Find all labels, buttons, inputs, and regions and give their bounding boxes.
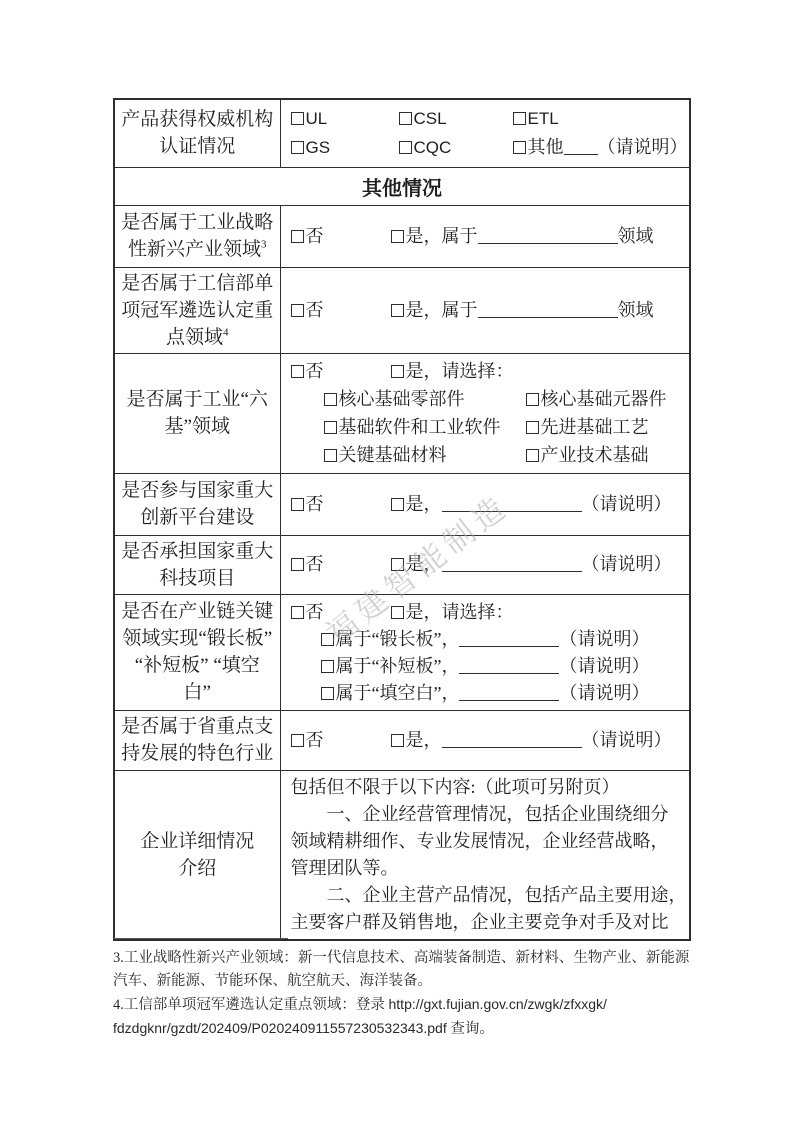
champion-option-yes[interactable]: 是，属于 — [391, 300, 478, 320]
row-certifications: 产品获得权威机构 认证情况 ULCSLETL GSCQC其他（请说明） — [114, 99, 690, 167]
checkbox-icon[interactable] — [324, 393, 337, 406]
checkbox-icon[interactable] — [391, 304, 404, 317]
cert-option-cqc[interactable]: CQC — [399, 133, 513, 162]
checkbox-icon[interactable] — [291, 230, 304, 243]
row-tech: 是否承担国家重大 科技项目 否是，（请说明） — [114, 535, 690, 594]
province-option-no[interactable]: 否 — [291, 727, 391, 754]
chain-option-tiankongbai[interactable]: 属于“填空白”，（请说明） — [321, 680, 686, 707]
strategic-label: 是否属于工业战略 性新兴产业领域3 — [114, 205, 280, 267]
cert-option-gs[interactable]: GS — [291, 133, 399, 162]
cert-option-csl[interactable]: CSL — [399, 104, 513, 133]
fill-in-blank[interactable] — [442, 497, 582, 512]
cert-option-other[interactable]: 其他（请说明） — [513, 137, 688, 157]
chain-answer-cell: 否是，请选择： 属于“锻长板”，（请说明） 属于“补短板”，（请说明） 属于“填… — [280, 594, 690, 710]
tech-label: 是否承担国家重大 科技项目 — [114, 535, 280, 594]
platform-answer-cell: 否是，（请说明） — [280, 473, 690, 535]
detail-label: 企业详细情况 介绍 — [114, 770, 280, 940]
cert-label-line2: 认证情况 — [120, 133, 275, 160]
platform-label: 是否参与国家重大 创新平台建设 — [114, 473, 280, 535]
strategic-option-no[interactable]: 否 — [291, 223, 391, 250]
strategic-option-yes[interactable]: 是，属于 — [391, 226, 478, 246]
checkbox-icon[interactable] — [321, 687, 334, 700]
liuji-label: 是否属于工业“六 基”领域 — [114, 353, 280, 473]
checkbox-icon[interactable] — [391, 734, 404, 747]
detail-content-cell: 包括但不限于以下内容:（此项可另附页） 一、企业经营管理情况，包括企业围绕细分 … — [280, 770, 690, 940]
checkbox-icon[interactable] — [526, 421, 539, 434]
liuji-option-5[interactable]: 产业技术基础 — [526, 441, 686, 469]
footnote-4-line1: 4.工信部单项冠军遴选认定重点领域：登录 http://gxt.fujian.g… — [113, 993, 698, 1017]
row-detail: 企业详细情况 介绍 包括但不限于以下内容:（此项可另附页） 一、企业经营管理情况… — [114, 770, 690, 940]
tech-answer-cell: 否是，（请说明） — [280, 535, 690, 594]
champion-answer-cell: 否是，属于领域 — [280, 267, 690, 353]
champion-label: 是否属于工信部单 项冠军遴选认定重 点领域4 — [114, 267, 280, 353]
chain-label: 是否在产业链关键 领域实现“锻长板” “补短板” “填空 白” — [114, 594, 280, 710]
footnote-4-line2: fdzdgknr/gzdt/202409/P020240911557230532… — [113, 1017, 698, 1041]
checkbox-icon[interactable] — [291, 112, 304, 125]
row-strategic: 是否属于工业战略 性新兴产业领域3 否是，属于领域 — [114, 205, 690, 267]
liuji-option-yes[interactable]: 是，请选择： — [391, 361, 514, 381]
row-section-header: 其他情况 — [114, 167, 690, 205]
form-table: 产品获得权威机构 认证情况 ULCSLETL GSCQC其他（请说明） 其他情况… — [113, 98, 691, 941]
row-liuji: 是否属于工业“六 基”领域 否是，请选择： 核心基础零部件 核心基础元器件 基础… — [114, 353, 690, 473]
checkbox-icon[interactable] — [391, 498, 404, 511]
fill-in-blank[interactable] — [478, 229, 618, 244]
chain-option-yes[interactable]: 是，请选择： — [391, 602, 514, 622]
checkbox-icon[interactable] — [291, 304, 304, 317]
footnote-separator — [113, 938, 288, 939]
liuji-answer-cell: 否是，请选择： 核心基础零部件 核心基础元器件 基础软件和工业软件 先进基础工艺… — [280, 353, 690, 473]
strategic-answer-cell: 否是，属于领域 — [280, 205, 690, 267]
champion-option-no[interactable]: 否 — [291, 297, 391, 324]
checkbox-icon[interactable] — [391, 558, 404, 571]
fill-in-blank[interactable] — [442, 733, 582, 748]
fill-in-blank[interactable] — [564, 140, 598, 155]
checkbox-icon[interactable] — [321, 660, 334, 673]
province-answer-cell: 否是，（请说明） — [280, 710, 690, 770]
checkbox-icon[interactable] — [526, 449, 539, 462]
chain-option-buduanban[interactable]: 属于“补短板”，（请说明） — [321, 653, 686, 680]
checkbox-icon[interactable] — [526, 393, 539, 406]
checkbox-icon[interactable] — [399, 141, 412, 154]
liuji-option-0[interactable]: 核心基础零部件 — [324, 385, 526, 413]
row-champion: 是否属于工信部单 项冠军遴选认定重 点领域4 否是，属于领域 — [114, 267, 690, 353]
row-chain: 是否在产业链关键 领域实现“锻长板” “补短板” “填空 白” 否是，请选择： … — [114, 594, 690, 710]
checkbox-icon[interactable] — [391, 606, 404, 619]
chain-option-duanchangban[interactable]: 属于“锻长板”，（请说明） — [321, 626, 686, 653]
checkbox-icon[interactable] — [291, 734, 304, 747]
liuji-option-4[interactable]: 关键基础材料 — [324, 441, 526, 469]
liuji-option-no[interactable]: 否 — [291, 357, 391, 385]
checkbox-icon[interactable] — [513, 141, 526, 154]
checkbox-icon[interactable] — [291, 606, 304, 619]
tech-option-yes[interactable]: 是， — [391, 554, 442, 574]
checkbox-icon[interactable] — [391, 365, 404, 378]
checkbox-icon[interactable] — [291, 558, 304, 571]
footnote-url-part1[interactable]: http://gxt.fujian.gov.cn/zwgk/zfxxgk/ — [389, 996, 607, 1012]
platform-option-no[interactable]: 否 — [291, 491, 391, 518]
footnote-3-line1: 3.工业战略性新兴产业领域：新一代信息技术、高端装备制造、新材料、生物产业、新能… — [113, 947, 698, 970]
province-label: 是否属于省重点支 持发展的特色行业 — [114, 710, 280, 770]
row-platform: 是否参与国家重大 创新平台建设 否是，（请说明） — [114, 473, 690, 535]
checkbox-icon[interactable] — [291, 498, 304, 511]
tech-option-no[interactable]: 否 — [291, 551, 391, 578]
checkbox-icon[interactable] — [324, 421, 337, 434]
liuji-option-3[interactable]: 先进基础工艺 — [526, 413, 686, 441]
fill-in-blank[interactable] — [459, 659, 559, 674]
checkbox-icon[interactable] — [513, 112, 526, 125]
liuji-options: 核心基础零部件 核心基础元器件 基础软件和工业软件 先进基础工艺 关键基础材料 … — [324, 385, 686, 469]
row-province: 是否属于省重点支 持发展的特色行业 否是，（请说明） — [114, 710, 690, 770]
document-page: 产品获得权威机构 认证情况 ULCSLETL GSCQC其他（请说明） 其他情况… — [0, 0, 800, 1131]
platform-option-yes[interactable]: 是， — [391, 494, 442, 514]
footnotes: 3.工业战略性新兴产业领域：新一代信息技术、高端装备制造、新材料、生物产业、新能… — [113, 938, 698, 1041]
cert-options-cell: ULCSLETL GSCQC其他（请说明） — [280, 99, 690, 167]
cert-option-ul[interactable]: UL — [291, 104, 399, 133]
province-option-yes[interactable]: 是， — [391, 730, 442, 750]
footnote-3-line2: 汽车、新能源、节能环保、航空航天、海洋装备。 — [113, 970, 698, 993]
section-header: 其他情况 — [114, 167, 690, 205]
chain-option-no[interactable]: 否 — [291, 598, 391, 626]
checkbox-icon[interactable] — [291, 141, 304, 154]
footnote-url-part2[interactable]: fdzdgknr/gzdt/202409/P020240911557230532… — [113, 1020, 447, 1036]
detail-intro: 包括但不限于以下内容:（此项可另附页） — [291, 774, 686, 801]
footnote-ref-4: 4 — [223, 326, 229, 338]
footnote-ref-3: 3 — [261, 239, 267, 251]
fill-in-blank[interactable] — [459, 686, 559, 701]
cert-label-line1: 产品获得权威机构 — [120, 106, 275, 133]
fill-in-blank[interactable] — [442, 557, 582, 572]
liuji-option-2[interactable]: 基础软件和工业软件 — [324, 413, 526, 441]
checkbox-icon[interactable] — [291, 365, 304, 378]
checkbox-icon[interactable] — [324, 449, 337, 462]
cert-label: 产品获得权威机构 认证情况 — [114, 99, 280, 167]
liuji-option-1[interactable]: 核心基础元器件 — [526, 385, 686, 413]
cert-option-etl[interactable]: ETL — [513, 108, 559, 128]
checkbox-icon[interactable] — [321, 633, 334, 646]
fill-in-blank[interactable] — [478, 303, 618, 318]
checkbox-icon[interactable] — [399, 112, 412, 125]
fill-in-blank[interactable] — [459, 632, 559, 647]
checkbox-icon[interactable] — [391, 230, 404, 243]
